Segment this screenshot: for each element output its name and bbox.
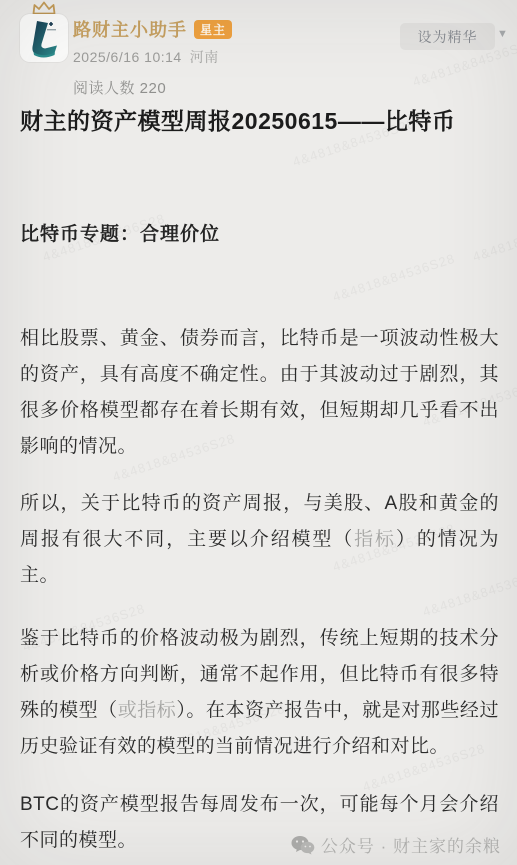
wechat-icon [291, 835, 315, 855]
avatar[interactable] [20, 14, 68, 62]
paragraph-2-gray-term: 指标 [354, 529, 396, 550]
set-featured-button[interactable]: 设为精华 [400, 23, 495, 50]
paragraph-1: 相比股票、黄金、债券而言，比特币是一项波动性极大的资产，具有高度不确定性。由于其… [20, 321, 499, 465]
post-meta: 2025/6/16 10:14河南 [73, 47, 219, 67]
paragraph-2: 所以，关于比特币的资产周报，与美股、A股和黄金的周报有很大不同，主要以介绍模型（… [20, 486, 499, 594]
section-heading: 比特币专题：合理价位 [20, 219, 497, 246]
location: 河南 [190, 49, 219, 65]
wechat-account-label: 公众号 · 财主家的余粮 [321, 832, 501, 857]
username[interactable]: 路财主小助手 [73, 16, 187, 42]
paragraph-3: 鉴于比特币的价格波动极为剧烈，传统上短期的技术分析或价格方向判断，通常不起作用，… [20, 621, 499, 765]
chevron-down-icon[interactable]: ▼ [497, 28, 508, 40]
reader-count: 阅读人数 220 [73, 77, 166, 98]
paragraph-3-gray-term: 或指标 [118, 700, 177, 721]
timestamp: 2025/6/16 10:14 [73, 49, 182, 65]
avatar-logo-icon [20, 14, 68, 62]
wechat-account-watermark: 公众号 · 财主家的余粮 [291, 832, 501, 857]
star-owner-badge: 星主 [194, 20, 232, 39]
post-title: 财主的资产模型周报20250615——比特币 [20, 104, 501, 138]
crown-icon [31, 1, 57, 15]
